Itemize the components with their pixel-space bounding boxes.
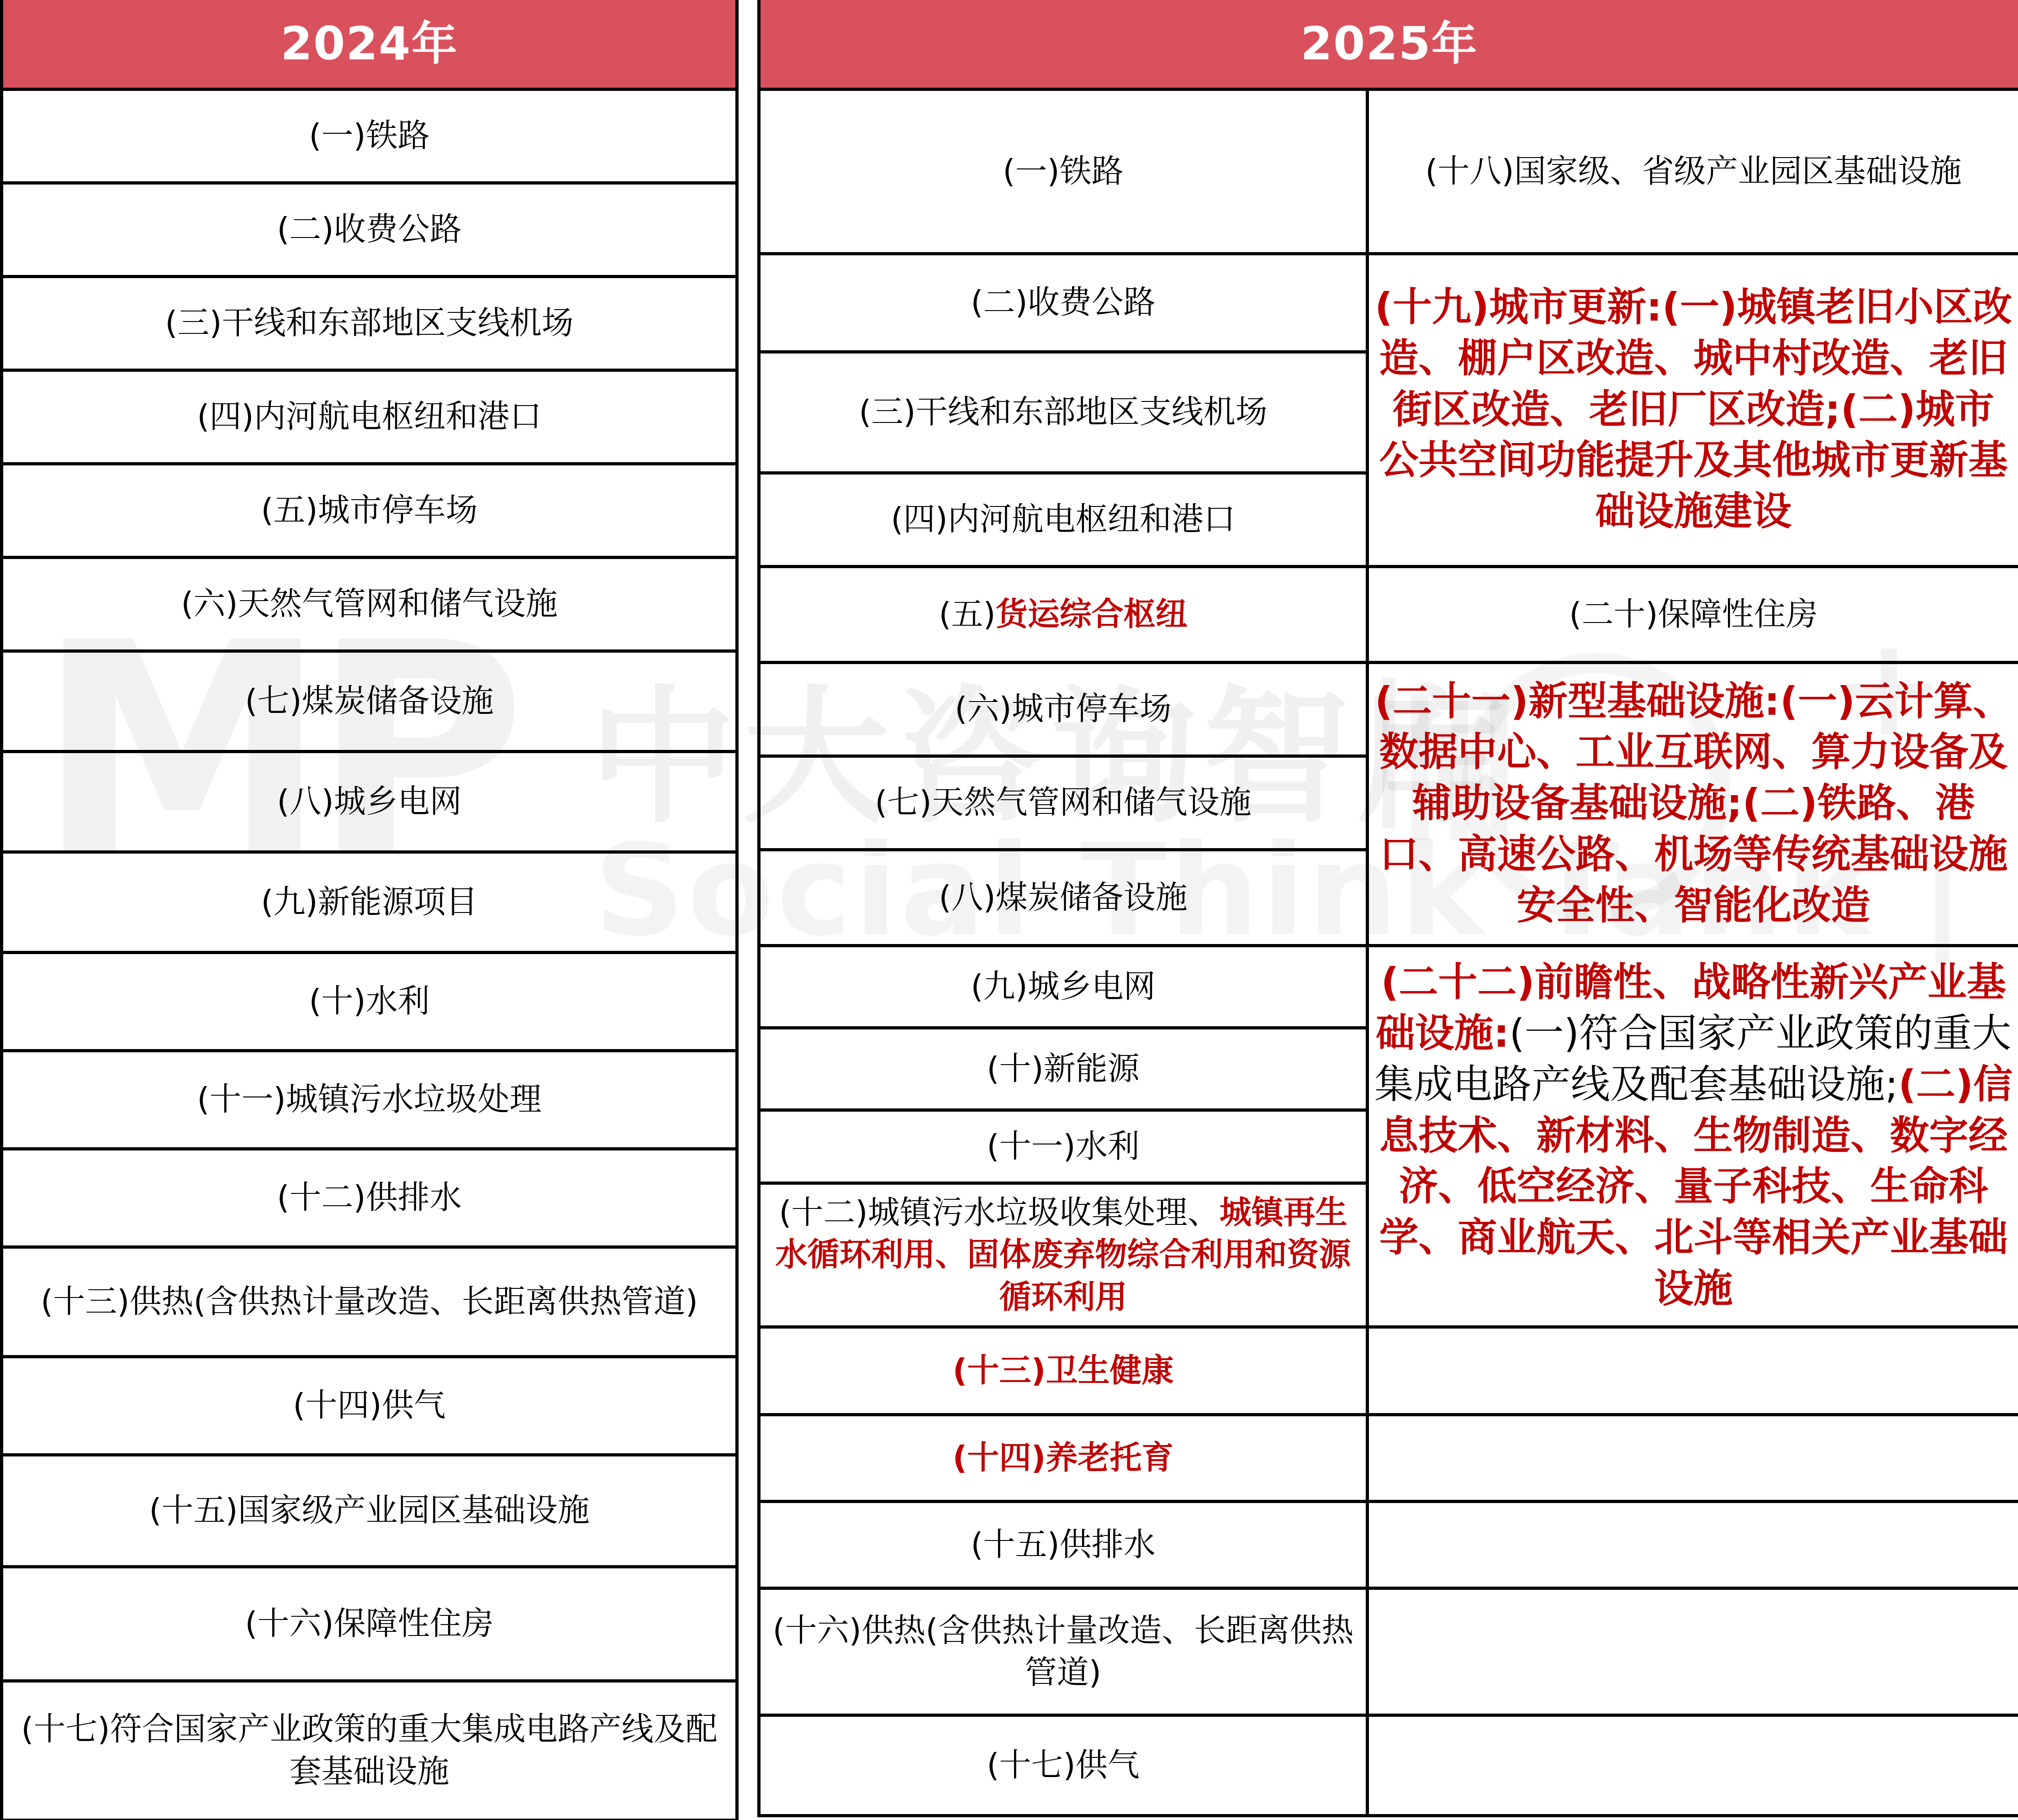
cell-2025-14: (十四)养老托育 [759, 1414, 1368, 1501]
cell-text: (十五)供排水 [971, 1526, 1156, 1563]
cell-2024-8: (八)城乡电网 [2, 751, 737, 852]
table-row: (十六)保障性住房 [2, 1567, 737, 1681]
cell-2025-15: (十五)供排水 [759, 1501, 1368, 1588]
cell-2025-22: (二十二)前瞻性、战略性新兴产业基础设施:(一)符合国家产业政策的重大集成电路产… [1368, 945, 2018, 1327]
cell-text: (四)内河航电枢纽和港口 [891, 501, 1236, 538]
table-row: (十一)城镇污水垃圾处理 [2, 1050, 737, 1149]
cell-2024-17: (十七)符合国家产业政策的重大集成电路产线及配套基础设施 [2, 1681, 737, 1820]
table-row: (十五)供排水 [759, 1501, 2018, 1588]
cell-text-highlight: (十四)养老托育 [953, 1439, 1174, 1477]
cell-text: (十一)水利 [987, 1128, 1140, 1165]
cell-text: (九)城乡电网 [971, 968, 1156, 1005]
table-row: (四)内河航电枢纽和港口 [2, 370, 737, 464]
table-row: (十三)供热(含供热计量改造、长距离供热管道) [2, 1247, 737, 1356]
cell-2024-6: (六)天然气管网和储气设施 [2, 557, 737, 651]
empty-cell [1368, 1327, 2018, 1414]
cell-2025-7: (七)天然气管网和储气设施 [759, 756, 1368, 849]
cell-2024-3: (三)干线和东部地区支线机场 [2, 276, 737, 370]
empty-cell [1368, 1501, 2018, 1588]
cell-2025-3: (三)干线和东部地区支线机场 [759, 352, 1368, 473]
table-row: (五)货运综合枢纽 (二十)保障性住房 [759, 566, 2018, 662]
cell-2025-9: (九)城乡电网 [759, 945, 1368, 1028]
cell-text: (六)城市停车场 [955, 690, 1172, 728]
table-row: (六)天然气管网和储气设施 [2, 557, 737, 651]
cell-2024-7: (七)煤炭储备设施 [2, 651, 737, 751]
cell-text: (二十)保障性住房 [1569, 596, 1818, 633]
cell-2025-6: (六)城市停车场 [759, 662, 1368, 756]
cell-2025-12: (十二)城镇污水垃圾收集处理、城镇再生水循环利用、固体废弃物综合利用和资源循环利… [759, 1183, 1368, 1327]
table-row: (七)煤炭储备设施 [2, 651, 737, 751]
cell-text-highlight: 货运综合枢纽 [996, 596, 1188, 633]
cell-text: (二十一)新型基础设施:(一)云计算、数据中心、工业互联网、算力设备及辅助设备基… [1375, 679, 2013, 928]
table-row: (十二)供排水 [2, 1149, 737, 1247]
cell-text: (五) [939, 596, 996, 633]
cell-2025-8: (八)煤炭储备设施 [759, 849, 1368, 945]
cell-text: (十二)城镇污水垃圾收集处理、 [779, 1194, 1220, 1231]
cell-2025-4: (四)内河航电枢纽和港口 [759, 473, 1368, 566]
cell-2024-15: (十五)国家级产业园区基础设施 [2, 1455, 737, 1567]
table-row: (十)水利 [2, 952, 737, 1050]
cell-text: (七)天然气管网和储气设施 [875, 784, 1252, 821]
table-row: (八)城乡电网 [2, 751, 737, 852]
table-2024-header: 2024年 [2, 0, 737, 89]
table-row: (二)收费公路 (十九)城市更新:(一)城镇老旧小区改造、棚户区改造、城中村改造… [759, 253, 2018, 352]
cell-text: (八)煤炭储备设施 [939, 879, 1188, 916]
cell-2025-20: (二十)保障性住房 [1368, 566, 2018, 662]
cell-2024-10: (十)水利 [2, 952, 737, 1050]
table-row: (六)城市停车场 (二十一)新型基础设施:(一)云计算、数据中心、工业互联网、算… [759, 662, 2018, 756]
cell-2024-11: (十一)城镇污水垃圾处理 [2, 1050, 737, 1149]
table-row: (三)干线和东部地区支线机场 [2, 276, 737, 370]
cell-2024-1: (一)铁路 [2, 89, 737, 183]
cell-2025-21: (二十一)新型基础设施:(一)云计算、数据中心、工业互联网、算力设备及辅助设备基… [1368, 662, 2018, 945]
cell-text-highlight: (十三)卫生健康 [953, 1352, 1174, 1389]
table-2025: 2025年 (一)铁路 (十八)国家级、省级产业园区基础设施 (二)收费公路 (… [757, 0, 2018, 1817]
cell-2025-2: (二)收费公路 [759, 253, 1368, 352]
cell-2025-19: (十九)城市更新:(一)城镇老旧小区改造、棚户区改造、城中村改造、老旧街区改造、… [1368, 253, 2018, 566]
table-2024: 2024年 (一)铁路 (二)收费公路 (三)干线和东部地区支线机场 (四)内河… [0, 0, 739, 1820]
table-row: (九)新能源项目 [2, 852, 737, 952]
cell-2024-9: (九)新能源项目 [2, 852, 737, 952]
cell-2024-12: (十二)供排水 [2, 1149, 737, 1247]
cell-text: (十六)供热(含供热计量改造、长距离供热管道) [773, 1612, 1354, 1691]
cell-2025-11: (十一)水利 [759, 1110, 1368, 1183]
table-row: (十四)供气 [2, 1356, 737, 1455]
empty-cell [1368, 1715, 2018, 1815]
cell-text: (十九)城市更新:(一)城镇老旧小区改造、棚户区改造、城中村改造、老旧街区改造、… [1375, 285, 2013, 534]
table-row: (十四)养老托育 [759, 1414, 2018, 1501]
table-2025-header: 2025年 [759, 0, 2018, 89]
cell-text: (十七)供气 [987, 1746, 1140, 1784]
table-row: (十七)符合国家产业政策的重大集成电路产线及配套基础设施 [2, 1681, 737, 1820]
cell-text: (三)干线和东部地区支线机场 [859, 393, 1268, 431]
cell-text: (十)新能源 [987, 1050, 1140, 1087]
cell-2025-13: (十三)卫生健康 [759, 1327, 1368, 1414]
table-row: (十七)供气 [759, 1715, 2018, 1815]
table-row: (九)城乡电网 (二十二)前瞻性、战略性新兴产业基础设施:(一)符合国家产业政策… [759, 945, 2018, 1028]
empty-cell [1368, 1414, 2018, 1501]
table-row: (一)铁路 [2, 89, 737, 183]
cell-2025-5: (五)货运综合枢纽 [759, 566, 1368, 662]
cell-2025-18: (十八)国家级、省级产业园区基础设施 [1368, 89, 2018, 253]
table-row: (十三)卫生健康 [759, 1327, 2018, 1414]
cell-2024-13: (十三)供热(含供热计量改造、长距离供热管道) [2, 1247, 737, 1356]
cell-2024-5: (五)城市停车场 [2, 464, 737, 557]
table-row: (十六)供热(含供热计量改造、长距离供热管道) [759, 1588, 2018, 1715]
cell-2024-16: (十六)保障性住房 [2, 1567, 737, 1681]
cell-2024-14: (十四)供气 [2, 1356, 737, 1455]
table-row: (五)城市停车场 [2, 464, 737, 557]
cell-text: (一)铁路 [1003, 153, 1124, 190]
cell-text: (十八)国家级、省级产业园区基础设施 [1425, 153, 1962, 190]
table-row: (一)铁路 (十八)国家级、省级产业园区基础设施 [759, 89, 2018, 253]
empty-cell [1368, 1588, 2018, 1715]
table-row: (十五)国家级产业园区基础设施 [2, 1455, 737, 1567]
cell-2025-1: (一)铁路 [759, 89, 1368, 253]
table-row: (二)收费公路 [2, 183, 737, 276]
cell-2025-10: (十)新能源 [759, 1028, 1368, 1110]
page: MP 中大咨询智库 | Social Think Tank | + 2024年 … [0, 0, 2018, 1820]
cell-text: (二)收费公路 [971, 284, 1156, 321]
cell-2024-2: (二)收费公路 [2, 183, 737, 276]
cell-2024-4: (四)内河航电枢纽和港口 [2, 370, 737, 464]
cell-2025-17: (十七)供气 [759, 1715, 1368, 1815]
cell-2025-16: (十六)供热(含供热计量改造、长距离供热管道) [759, 1588, 1368, 1715]
